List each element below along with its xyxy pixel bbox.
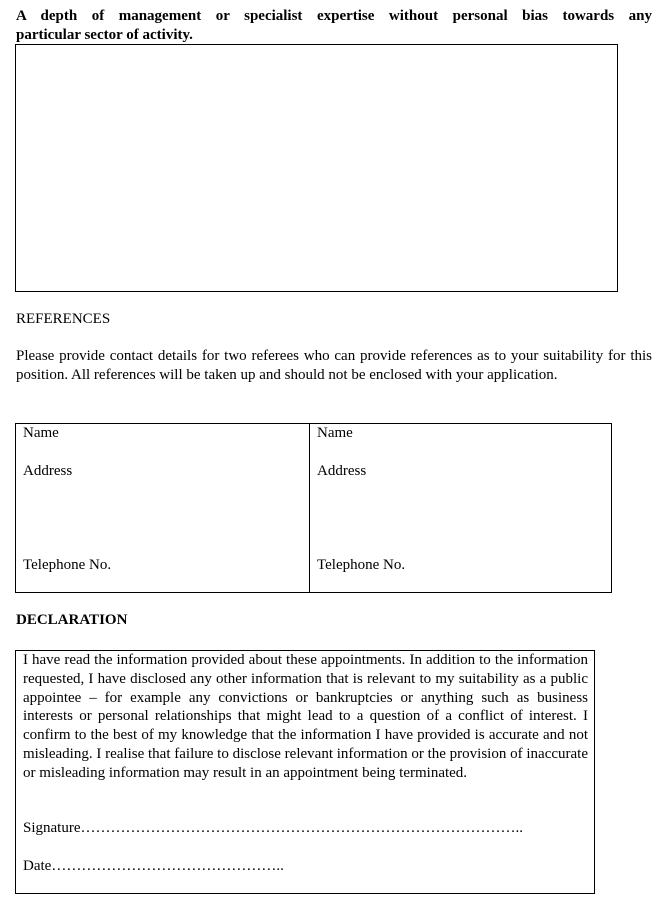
date-field[interactable]: Date……………………………………….. [23,857,284,876]
references-heading: REFERENCES [16,310,110,329]
referee-2-cell[interactable]: Name Address Telephone No. [310,424,611,592]
signature-field[interactable]: Signature…………………………………………………………………………….. [23,819,523,838]
declaration-box: I have read the information provided abo… [15,650,595,894]
declaration-text: I have read the information provided abo… [23,651,588,783]
date-label: Date [23,858,51,874]
referee-2-name-label: Name [317,424,353,443]
referee-1-phone-label: Telephone No. [23,556,111,575]
referees-table: Name Address Telephone No. Name Address … [15,423,612,593]
referee-2-phone-label: Telephone No. [317,556,405,575]
references-intro: Please provide contact details for two r… [16,347,652,385]
expertise-answer-box[interactable] [15,44,618,292]
question-heading: A depth of management or specialist expe… [16,7,652,45]
date-dots: ……………………………………….. [51,858,284,874]
referee-2-address-label: Address [317,462,366,481]
referee-1-address-label: Address [23,462,72,481]
question-heading-line-1: A depth of management or specialist expe… [16,7,652,26]
referee-1-name-label: Name [23,424,59,443]
declaration-heading: DECLARATION [16,611,127,630]
signature-label: Signature [23,820,81,836]
signature-dots: …………………………………………………………………………….. [81,820,524,836]
referee-1-cell[interactable]: Name Address Telephone No. [16,424,310,592]
question-heading-line-2: particular sector of activity. [16,26,652,45]
